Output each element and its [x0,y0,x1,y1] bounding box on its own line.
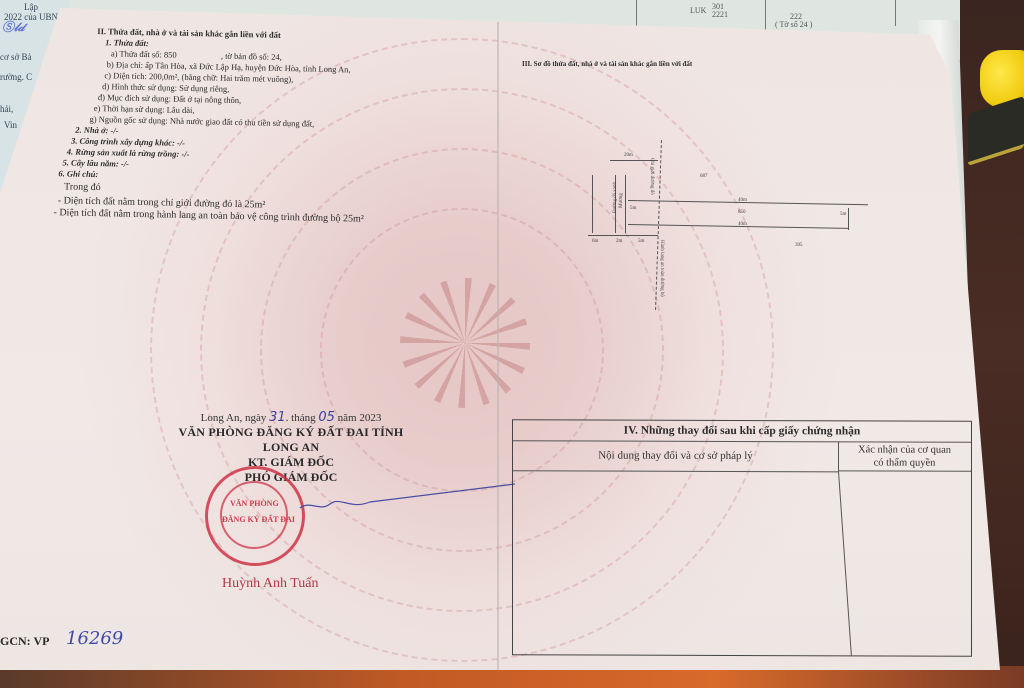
neighbor-top: 687 [700,174,708,179]
length-bottom: 40m [738,222,747,227]
parcel-diagram: 20m Đường đá xanh Mương 6m 2m 5m 687 40m… [580,140,870,310]
road-corridor-label: Hành lang an toàn đường bộ [659,240,664,297]
width-right: 5m [840,212,846,217]
road-edge [592,175,593,233]
column-authority-confirmation: Xác nhận của cơ quan có thẩm quyền [838,441,971,471]
section3-heading: III. Sơ đồ thửa đất, nhà ở và tài sản kh… [522,60,692,68]
drain-label: Mương [619,193,624,208]
issuing-office: VĂN PHÒNG ĐĂNG KÝ ĐẤT ĐAI TỈNH LONG AN [160,425,422,455]
year-text: năm 2023 [338,412,382,424]
dim-bottom-3: 5m [638,239,644,244]
under-table-line [895,0,896,26]
dimension-line [588,235,658,236]
drain-edge [625,175,626,233]
blue-stamp-mark: Ⓢ𝓁𝒹 [2,18,50,44]
left-sheet-text: rường. C [0,72,32,82]
under-label: LUK [690,6,706,15]
parcel-number-label: 850 [738,210,746,215]
under-fraction-bottom: 2221 [712,10,728,19]
role-director: KT. GIÁM ĐỐC [160,455,422,470]
left-sheet-text: hải, [0,104,13,114]
left-sheet-text: Lập [24,2,38,12]
seal-center-line1: VĂN PHÒNG [230,499,279,508]
map-sheet-number: , tờ bản đồ số: 24, [221,51,282,62]
parcel-number: a) Thửa đất số: 850 [111,48,177,59]
day-handwritten: 31 [269,410,286,425]
month-prefix: . tháng [286,412,316,424]
neighbor-bottom: 395 [795,243,803,248]
watermark-sun-star [400,278,530,408]
column-divider [838,471,852,655]
certificate-number-label: GCN: VP [0,634,49,649]
parcel-right-edge [848,208,849,230]
notes-intro: Trong đó [64,181,101,193]
signature-block: Long An, ngày 31. tháng 05 năm 2023 VĂN … [160,410,422,485]
width-left: 5m [630,206,636,211]
page-fold [497,22,499,678]
usage-term: e) Thời hạn sử dụng: Lâu dài, [94,103,195,115]
road-label: Đường đá xanh [613,182,618,213]
under-table-line [636,0,637,30]
column-change-content: Nội dung thay đổi và cơ sở pháp lý [513,440,839,472]
changes-table: IV. Những thay đổi sau khi cấp giấy chứn… [512,419,972,657]
col2-line2: có thẩm quyền [838,456,971,469]
signer-name: Huỳnh Anh Tuấn [222,576,318,592]
house-item: 2. Nhà ở: -/- [75,125,118,136]
seal-center-line2: ĐĂNG KÝ ĐẤT ĐAI [222,515,295,524]
month-handwritten: 05 [318,410,335,425]
under-table-line [765,0,766,30]
col2-line1: Xác nhận của cơ quan [838,443,971,456]
dim-top: 20m [624,153,633,158]
left-sheet-text: cơ sở Bả [0,52,32,62]
date-prefix: Long An, ngày [201,412,267,424]
dim-bottom-1: 6m [592,239,598,244]
length-top: 40m [738,198,747,203]
certificate-number-handwritten: 16269 [66,628,123,649]
signature-scribble [290,480,520,520]
notes-heading: 6. Ghi chú: [58,168,98,179]
left-sheet-text: Vin [4,120,17,130]
dim-bottom-2: 2m [616,239,622,244]
perennial-item: 5. Cây lâu năm: -/- [63,157,130,168]
red-line-label: Chỉ giới đường đỏ [649,158,654,195]
parcel-top-edge [628,200,868,205]
under-fraction-right-bottom: ( Tờ số 24 ) [775,20,812,29]
section4-heading: IV. Những thay đổi sau khi cấp giấy chứn… [513,420,971,443]
parcel-subheading: 1. Thửa đất: [105,37,149,48]
issue-date: Long An, ngày 31. tháng 05 năm 2023 [160,410,422,425]
